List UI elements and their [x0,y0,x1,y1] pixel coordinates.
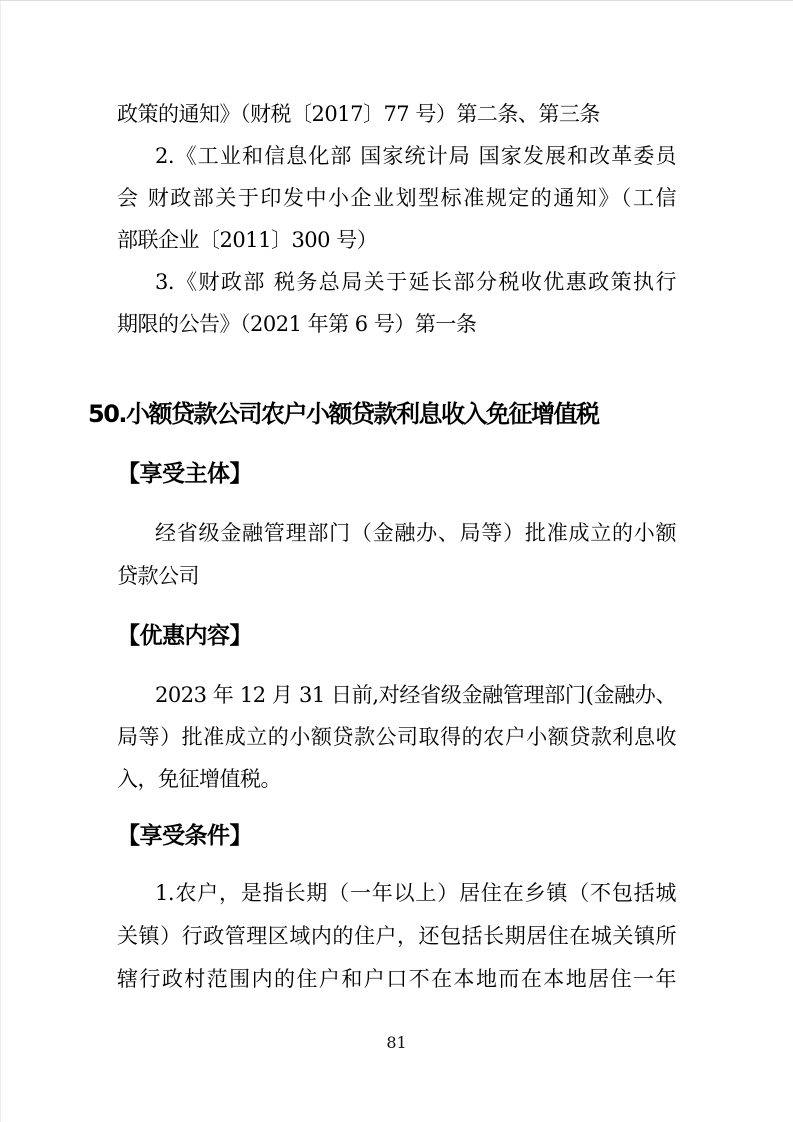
citation-line: 2.《工业和信息化部 国家统计局 国家发展和改革委员 [117,135,676,177]
paragraph-line: 入，免征增值税。 [117,758,676,800]
paragraph-line: 辖行政村范围内的住户和户口不在本地而在本地居住一年 [117,958,676,1001]
heading-benefit-content: 【优惠内容】 [117,620,252,652]
citation-line: 3.《财政部 税务总局关于延长部分税收优惠政策执行 [117,261,676,303]
paragraph-benefit-conditions: 1.农户，是指长期（一年以上）居住在乡镇（不包括城 关镇）行政管理区域内的住户，… [117,872,676,1001]
citation-line: 部联企业〔2011〕300 号） [117,219,676,261]
citation-line: 政策的通知》（财税〔2017〕77 号）第二条、第三条 [117,93,676,135]
citation-line: 期限的公告》（2021 年第 6 号）第一条 [117,303,676,345]
heading-benefit-conditions: 【享受条件】 [117,820,252,852]
page-number: 81 [0,1032,793,1054]
paragraph-line: 贷款公司 [117,555,676,598]
paragraph-eligible-entities: 经省级金融管理部门（金融办、局等）批准成立的小额 贷款公司 [117,512,676,598]
paragraph-line: 局等）批准成立的小额贷款公司取得的农户小额贷款利息收 [117,716,676,758]
citation-line: 会 财政部关于印发中小企业划型标准规定的通知》（工信 [117,177,676,219]
paragraph-benefit-content: 2023 年 12 月 31 日前,对经省级金融管理部门(金融办、 局等）批准成… [117,674,676,800]
paragraph-line: 1.农户，是指长期（一年以上）居住在乡镇（不包括城 [117,872,676,915]
paragraph-line: 2023 年 12 月 31 日前,对经省级金融管理部门(金融办、 [117,674,676,716]
heading-eligible-entities: 【享受主体】 [117,458,252,490]
paragraph-line: 经省级金融管理部门（金融办、局等）批准成立的小额 [117,512,676,555]
paragraph-line: 关镇）行政管理区域内的住户，还包括长期居住在城关镇所 [117,915,676,958]
document-page: 政策的通知》（财税〔2017〕77 号）第二条、第三条 2.《工业和信息化部 国… [0,0,793,1122]
citation-block: 政策的通知》（财税〔2017〕77 号）第二条、第三条 2.《工业和信息化部 国… [117,93,676,345]
item-title: 50.小额贷款公司农户小额贷款利息收入免征增值税 [88,399,713,429]
